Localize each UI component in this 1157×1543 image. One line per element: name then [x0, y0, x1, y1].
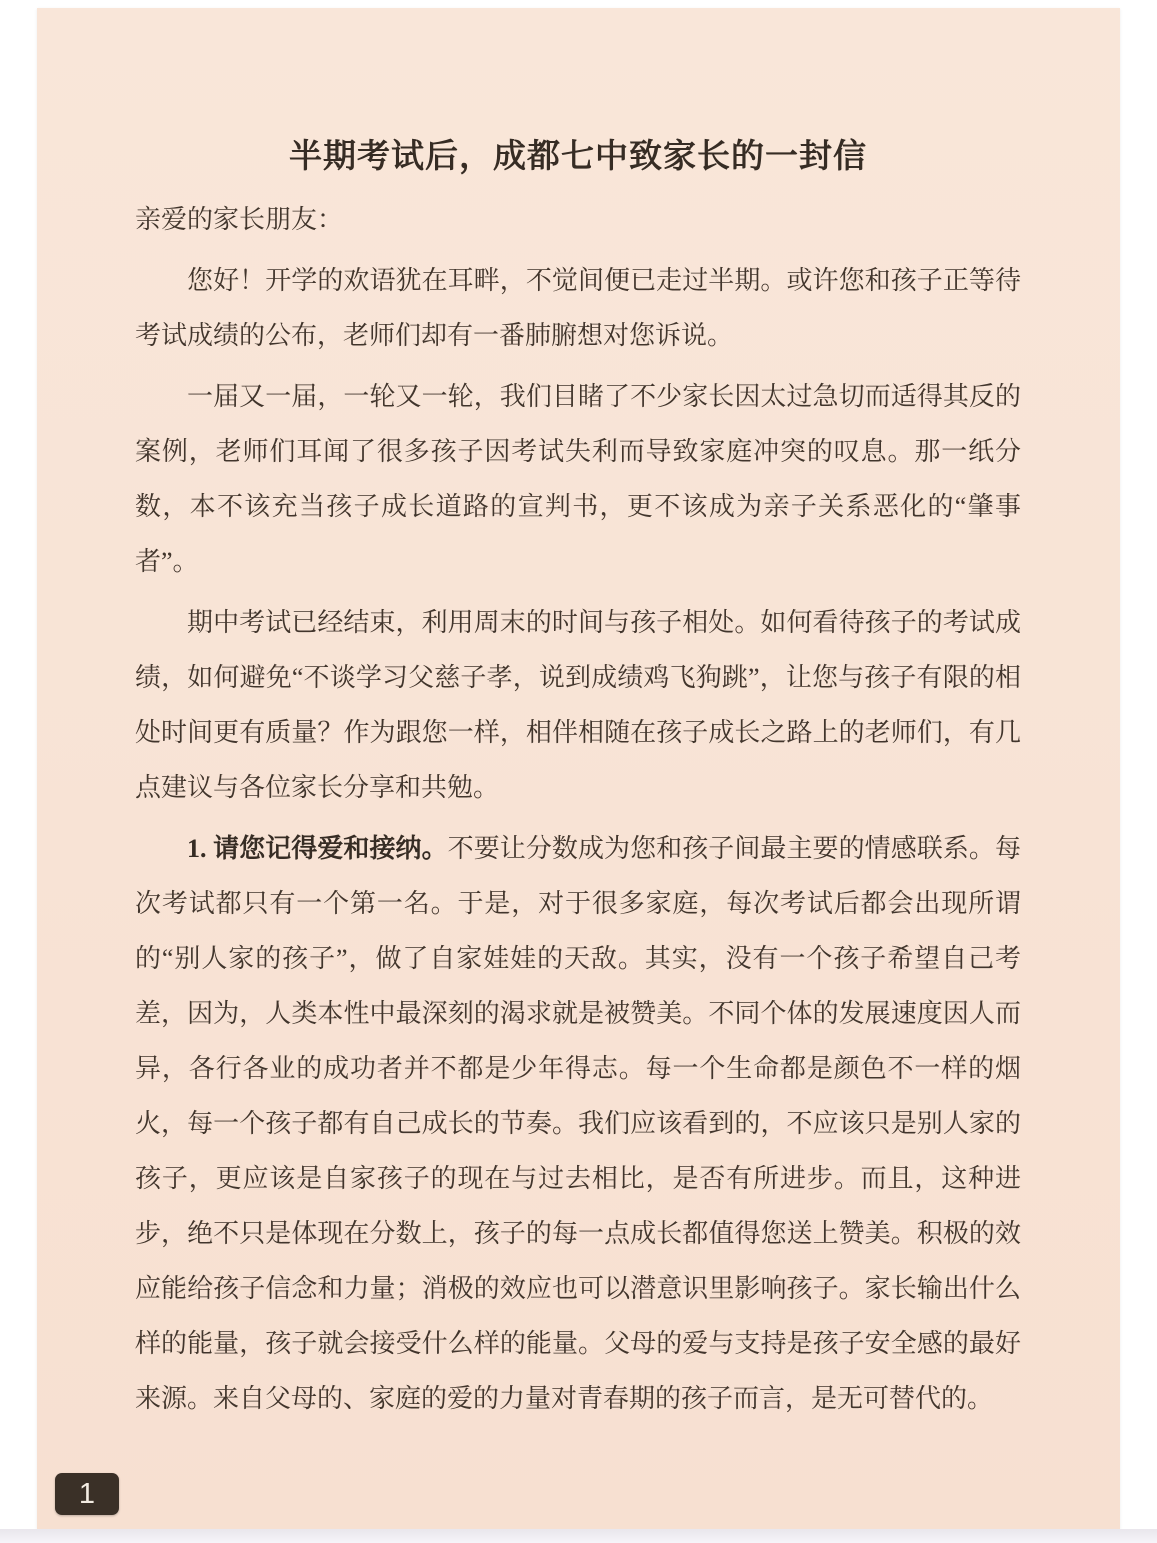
letter-title: 半期考试后，成都七中致家长的一封信 [135, 8, 1021, 178]
letter-content: 半期考试后，成都七中致家长的一封信 亲爱的家长朋友： 您好！开学的欢语犹在耳畔，… [37, 8, 1120, 1426]
paragraph-midterm-advice-intro: 期中考试已经结束，利用周末的时间与孩子相处。如何看待孩子的考试成绩，如何避免“不… [135, 595, 1021, 815]
salutation: 亲爱的家长朋友： [135, 192, 1021, 247]
suggestion-1-body: 不要让分数成为您和孩子间最主要的情感联系。每次考试都只有一个第一名。于是，对于很… [135, 834, 1021, 1413]
letter-page: 半期考试后，成都七中致家长的一封信 亲爱的家长朋友： 您好！开学的欢语犹在耳畔，… [37, 8, 1120, 1529]
paragraph-suggestion-1: 1. 请您记得爱和接纳。不要让分数成为您和孩子间最主要的情感联系。每次考试都只有… [135, 821, 1021, 1426]
paragraph-observations: 一届又一届，一轮又一轮，我们目睹了不少家长因太过急切而适得其反的案例，老师们耳闻… [135, 369, 1021, 589]
page-number-badge: 1 [55, 1473, 119, 1515]
photo-background: 半期考试后，成都七中致家长的一封信 亲爱的家长朋友： 您好！开学的欢语犹在耳畔，… [0, 0, 1157, 1543]
paragraph-greeting: 您好！开学的欢语犹在耳畔，不觉间便已走过半期。或许您和孩子正等待考试成绩的公布，… [135, 253, 1021, 363]
suggestion-1-heading: 1. 请您记得爱和接纳。 [187, 834, 448, 863]
page-number: 1 [79, 1480, 95, 1509]
